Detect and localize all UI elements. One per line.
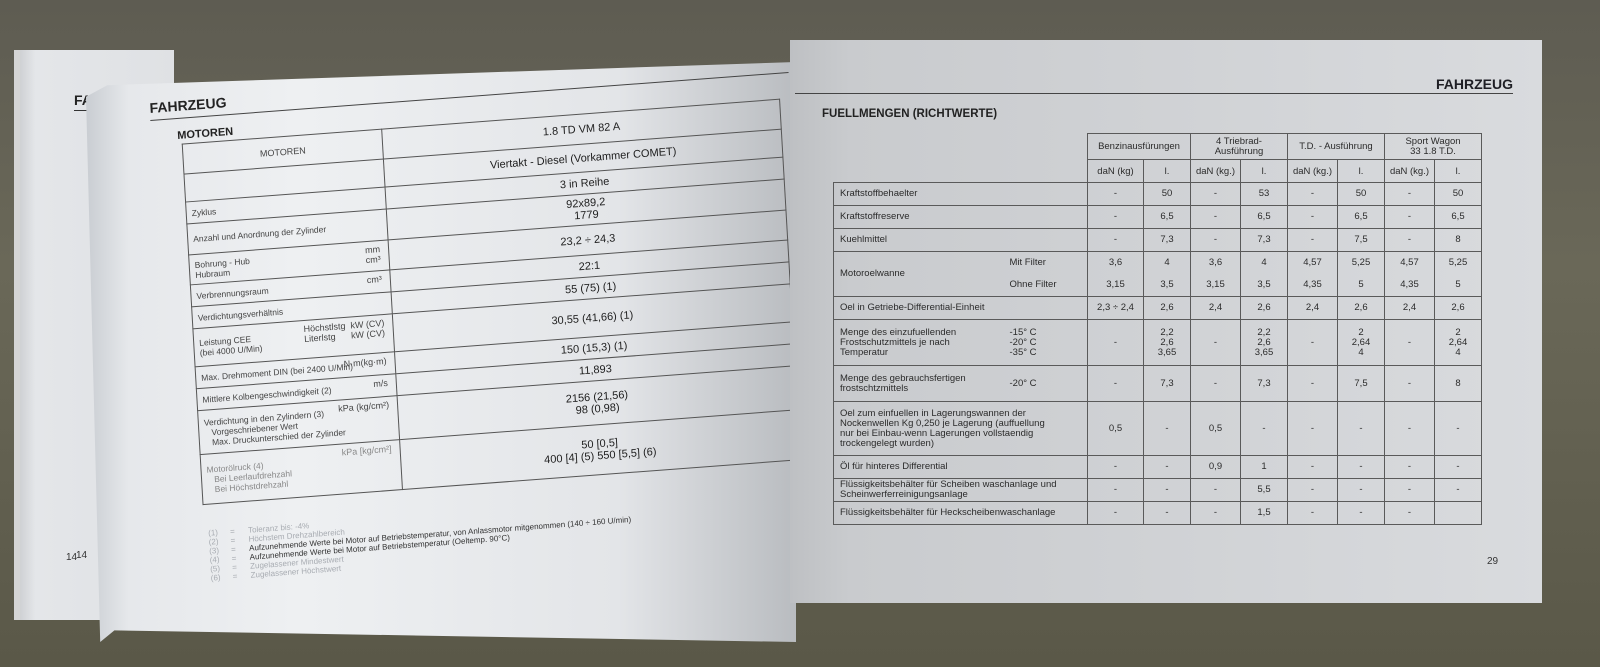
capacity-row: Kraftstoffbehaelter-50-53-50-50 [834,183,1482,206]
capacity-value: - [1191,229,1241,252]
capacity-value: 7,3 [1144,229,1191,252]
right-page: FAHRZEUG FUELLMENGEN (RICHTWERTE) Benzin… [790,40,1542,603]
capacity-value: 2,6 [1241,297,1288,320]
capacity-row: Flüssigkeitsbehälter für Scheiben wascha… [834,479,1482,502]
capacity-value: - [1435,456,1482,479]
capacity-value: - [1385,366,1435,402]
capacity-row: Öl für hinteres Differential--0,91---- [834,456,1482,479]
row-label: Kuehlmittel [834,229,1088,252]
capacity-value: 7,5 [1338,366,1385,402]
capacity-row: Flüssigkeitsbehälter für Heckscheibenwas… [834,502,1482,525]
fluid-capacity-table: Benzinausfürungen4 Triebrad-AusführungT.… [833,133,1482,525]
capacity-value: - [1385,183,1435,206]
capacity-value: 3,63,15 [1191,252,1241,297]
unit-header: daN (kg.) [1288,160,1338,183]
unit-header: daN (kg) [1088,160,1144,183]
capacity-value: 2,6 [1435,297,1482,320]
left-page-content: FAHRZEUG MOTOREN MOTOREN1.8 TD VM 82 AVi… [148,32,816,599]
capacity-value: 0,5 [1088,402,1144,456]
capacity-value: - [1144,456,1191,479]
row-qualifier: -20° C [1004,366,1088,402]
capacity-value: - [1191,320,1241,366]
capacity-value: 50 [1435,183,1482,206]
capacity-value: - [1191,479,1241,502]
right-page-number: 29 [1487,556,1498,567]
row-label: Menge des einzufuellendenFrostschutzmitt… [834,320,1004,366]
capacity-value: - [1088,366,1144,402]
right-page-header: FAHRZEUG [795,74,1513,94]
capacity-row: Oel zum einfuellen in Lagerungswannen de… [834,402,1482,456]
capacity-value: - [1191,183,1241,206]
capacity-value: 2,4 [1191,297,1241,320]
capacity-value: - [1338,502,1385,525]
capacity-value: - [1288,402,1338,456]
capacity-value: 6,5 [1435,206,1482,229]
capacity-value: 8 [1435,366,1482,402]
capacity-value: 50 [1144,183,1191,206]
capacity-value: 0,9 [1191,456,1241,479]
capacity-value: - [1144,479,1191,502]
capacity-value: - [1385,402,1435,456]
capacity-value: 7,3 [1241,229,1288,252]
capacity-value: - [1288,456,1338,479]
left-page-number: 14 [66,552,77,563]
table-corner [834,160,1088,183]
capacity-value: 5,255 [1338,252,1385,297]
capacity-row: MotoroelwanneMit FilterOhne Filter3,63,1… [834,252,1482,297]
spec-sub-label: HöchstlstgLiterlstg [303,321,346,344]
capacity-value: 6,5 [1241,206,1288,229]
capacity-row: Kraftstoffreserve-6,5-6,5-6,5-6,5 [834,206,1482,229]
capacity-value [1435,502,1482,525]
spec-unit: cm³ [367,274,383,285]
capacity-value: 2,6 [1144,297,1191,320]
capacity-value: 1 [1241,456,1288,479]
row-label: Kraftstoffreserve [834,206,1088,229]
capacity-value: 4,574,35 [1385,252,1435,297]
capacity-value: - [1088,479,1144,502]
capacity-value: - [1288,479,1338,502]
capacity-value: - [1338,402,1385,456]
capacity-value: - [1144,402,1191,456]
unit-header: daN (kg.) [1385,160,1435,183]
row-label: Menge des gebrauchsfertigenfrostschtzmit… [834,366,1004,402]
capacity-value: 43,5 [1144,252,1191,297]
unit-header: l. [1144,160,1191,183]
capacity-value: 22,644 [1435,320,1482,366]
table-corner [834,134,1088,160]
capacity-value: - [1385,206,1435,229]
capacity-value: 2,3 ÷ 2,4 [1088,297,1144,320]
capacity-value: - [1191,502,1241,525]
row-label: Flüssigkeitsbehälter für Scheiben wascha… [834,479,1088,502]
capacity-value: 2,4 [1288,297,1338,320]
row-label: Kraftstoffbehaelter [834,183,1088,206]
row-label: Motoroelwanne [834,252,1004,297]
capacity-row: Oel in Getriebe-Differential-Einheit2,3 … [834,297,1482,320]
row-label: Öl für hinteres Differential [834,456,1088,479]
capacity-value: - [1191,206,1241,229]
right-page-title: FAHRZEUG [1436,76,1513,92]
spec-unit: m/s [373,378,388,389]
capacity-value: - [1435,402,1482,456]
capacity-value: 22,644 [1338,320,1385,366]
capacity-value: - [1385,229,1435,252]
capacity-value: - [1288,366,1338,402]
capacity-value: - [1088,456,1144,479]
capacity-value: 2,22,63,65 [1144,320,1191,366]
capacity-value: 3,63,15 [1088,252,1144,297]
capacity-value: 2,4 [1385,297,1435,320]
capacity-value: 0,5 [1191,402,1241,456]
capacity-value: - [1338,479,1385,502]
capacity-value: 5,255 [1435,252,1482,297]
capacity-value: 7,3 [1144,366,1191,402]
group-header: Benzinausfürungen [1088,134,1191,160]
capacity-value: - [1088,206,1144,229]
capacity-value: - [1435,479,1482,502]
spec-unit: mmcm³ [365,244,381,265]
spec-unit: kPa [kg/cm²] [341,444,391,458]
capacity-value: - [1144,502,1191,525]
capacity-value: 7,5 [1338,229,1385,252]
section-title-fuellmengen: FUELLMENGEN (RICHTWERTE) [822,108,997,120]
capacity-value: - [1288,206,1338,229]
capacity-value: 43,5 [1241,252,1288,297]
group-header: T.D. - Ausführung [1288,134,1385,160]
capacity-value: 5,5 [1241,479,1288,502]
capacity-value: - [1338,456,1385,479]
capacity-value: 7,3 [1241,366,1288,402]
footnote-equals: = [232,571,242,581]
capacity-row: Menge des einzufuellendenFrostschutzmitt… [834,320,1482,366]
capacity-value: 1,5 [1241,502,1288,525]
capacity-value: - [1088,502,1144,525]
engine-spec-table: MOTOREN1.8 TD VM 82 AViertakt - Diesel (… [182,99,801,505]
capacity-value: 2,22,63,65 [1241,320,1288,366]
capacity-value: - [1385,456,1435,479]
capacity-value: - [1241,402,1288,456]
unit-header: l. [1338,160,1385,183]
row-label: Oel in Getriebe-Differential-Einheit [834,297,1088,320]
group-header: 4 Triebrad-Ausführung [1191,134,1288,160]
capacity-value: - [1385,502,1435,525]
capacity-value: 8 [1435,229,1482,252]
footnote-number: (6) [211,573,225,583]
capacity-value: - [1288,502,1338,525]
spec-unit: N·m(kg·m) [343,356,386,369]
capacity-value: - [1288,229,1338,252]
capacity-value: - [1191,366,1241,402]
back-page-number: 14 [76,550,87,561]
row-qualifier: -15° C-20° C-35° C [1004,320,1088,366]
unit-header: daN (kg.) [1191,160,1241,183]
unit-header: l. [1435,160,1482,183]
row-label: Flüssigkeitsbehälter für Heckscheibenwas… [834,502,1088,525]
spec-unit: kPa (kg/cm²) [338,400,389,414]
capacity-row: Kuehlmittel-7,3-7,3-7,5-8 [834,229,1482,252]
capacity-row: Menge des gebrauchsfertigenfrostschtzmit… [834,366,1482,402]
capacity-value: - [1385,479,1435,502]
spec-unit: kW (CV)kW (CV) [350,318,385,341]
capacity-value: 2,6 [1338,297,1385,320]
capacity-value: - [1288,183,1338,206]
capacity-value: - [1385,320,1435,366]
capacity-value: 6,5 [1338,206,1385,229]
capacity-value: 6,5 [1144,206,1191,229]
group-header: Sport Wagon33 1.8 T.D. [1385,134,1482,160]
capacity-value: - [1088,183,1144,206]
row-label: Oel zum einfuellen in Lagerungswannen de… [834,402,1088,456]
capacity-value: 53 [1241,183,1288,206]
capacity-value: - [1288,320,1338,366]
capacity-value: 4,574,35 [1288,252,1338,297]
capacity-value: - [1088,320,1144,366]
row-qualifier: Mit FilterOhne Filter [1004,252,1088,297]
unit-header: l. [1241,160,1288,183]
capacity-value: 50 [1338,183,1385,206]
capacity-value: - [1088,229,1144,252]
